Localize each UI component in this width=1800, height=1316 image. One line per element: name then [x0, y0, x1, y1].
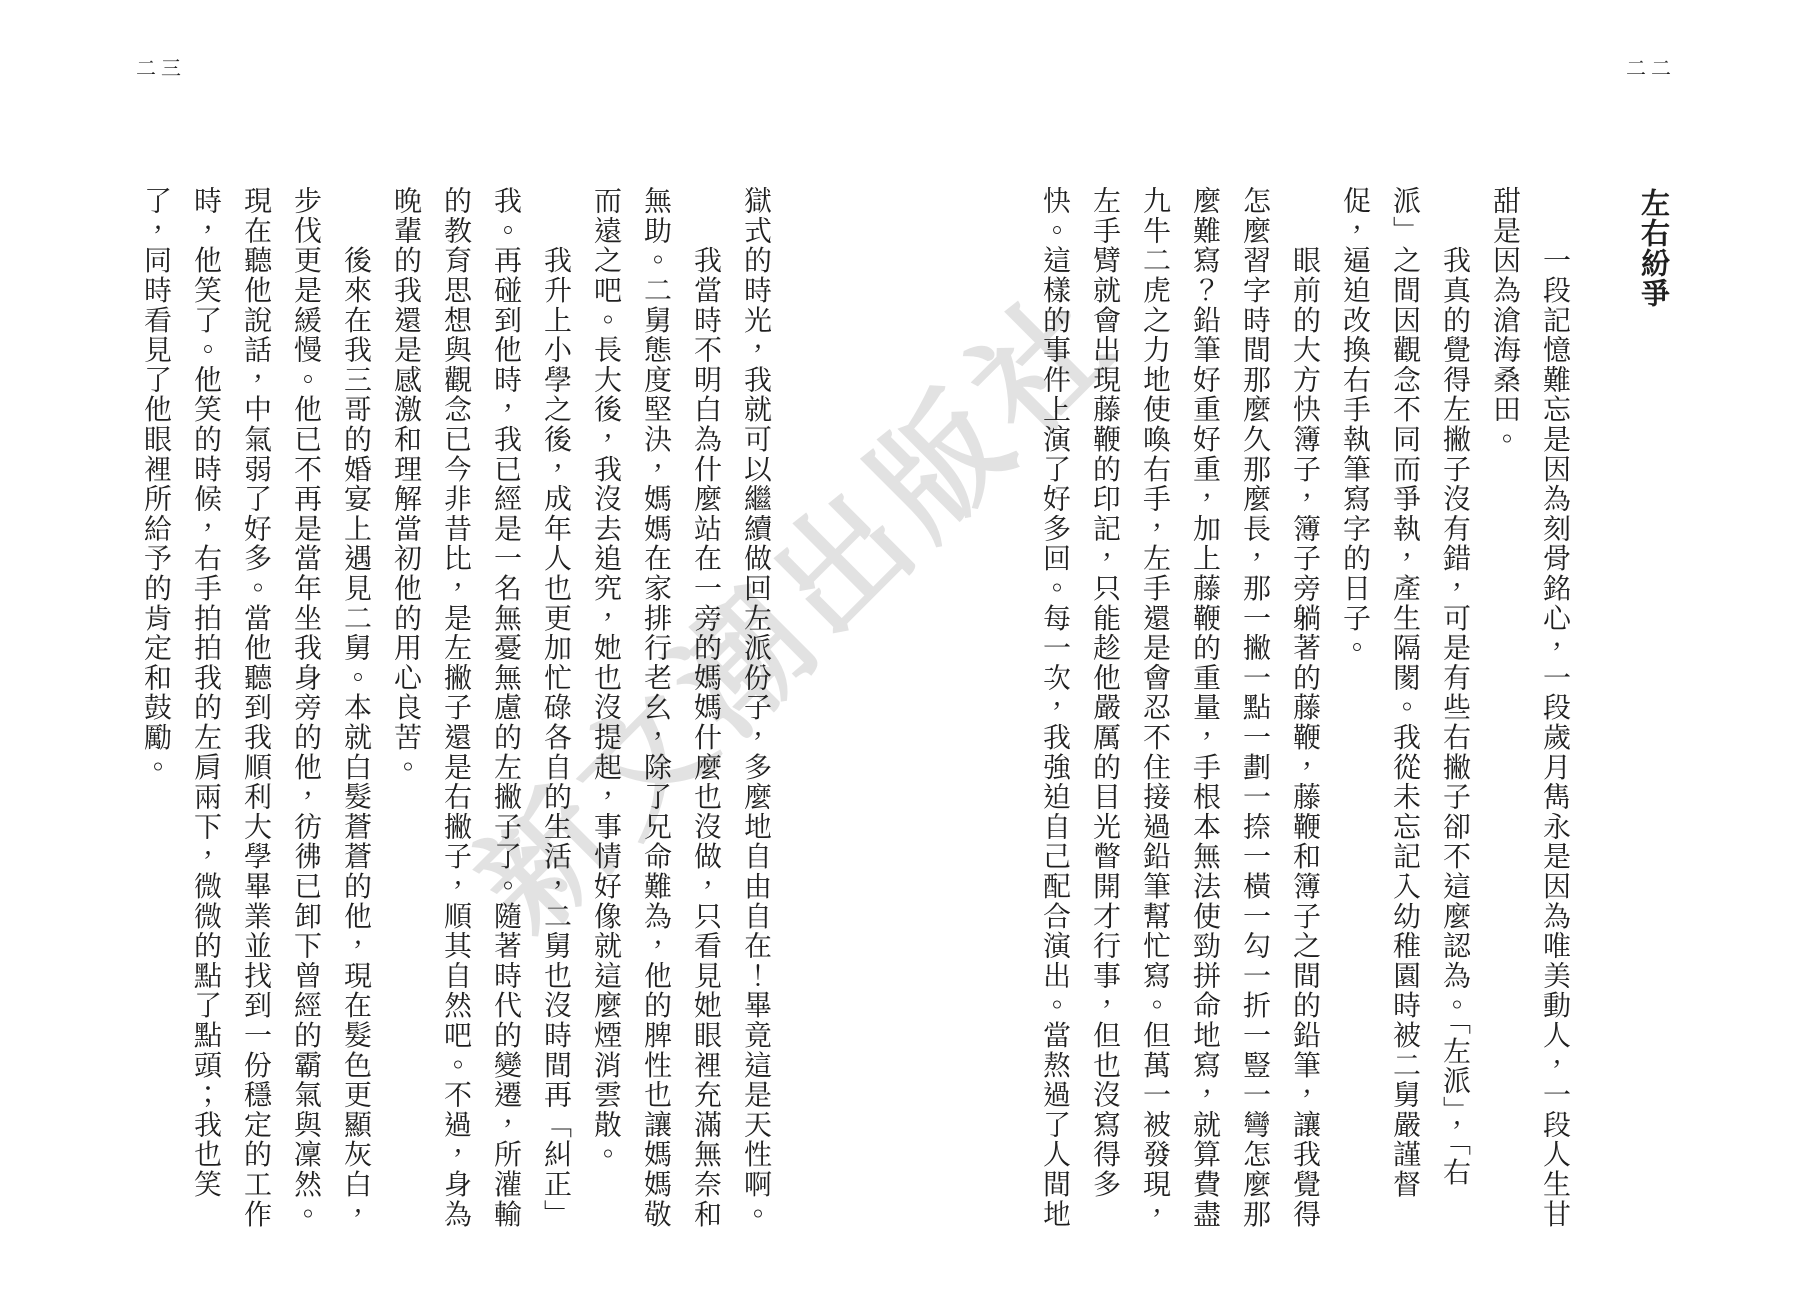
text-column: 促，逼迫改換右手執筆寫字的日子。	[1329, 186, 1379, 1236]
page-number-left: 二三	[136, 52, 186, 81]
text-column: 麼難寫？鉛筆好重好重，加上藤鞭的重量，手根本無法使勁拼命地寫，就算費盡	[1179, 186, 1229, 1236]
page-number-right: 二二	[1626, 52, 1676, 81]
text-column: 派」之間因觀念不同而爭執，產生隔閡。我從未忘記入幼稚園時被二舅嚴謹督	[1379, 186, 1429, 1236]
book-spread: { "document": { "watermark": "新文潮出版社", "…	[0, 0, 1800, 1316]
right-page-text: 一段記憶難忘是因為刻骨銘心，一段歲月雋永是因為唯美動人，一段人生甘甜是因為滄海桑…	[1029, 186, 1579, 1236]
text-column: 時，他笑了。他笑的時候，右手拍拍我的左肩兩下，微微的點了點頭；我也笑	[180, 186, 230, 1236]
left-page-text: 獄式的時光，我就可以繼續做回左派份子，多麼地自由自在！畢竟這是天性啊。 我當時不…	[130, 186, 780, 1236]
text-column: 了，同時看見了他眼裡所給予的肯定和鼓勵。	[130, 186, 180, 1236]
text-column: 我。再碰到他時，我已經是一名無憂無慮的左撇子了。隨著時代的變遷，所灌輸	[480, 186, 530, 1236]
text-column: 現在聽他說話，中氣弱了好多。當他聽到我順利大學畢業並找到一份穩定的工作	[230, 186, 280, 1236]
text-column: 一段記憶難忘是因為刻骨銘心，一段歲月雋永是因為唯美動人，一段人生甘	[1529, 186, 1579, 1236]
text-column: 我當時不明白為什麼站在一旁的媽媽什麼也沒做，只看見她眼裡充滿無奈和	[680, 186, 730, 1236]
text-column: 無助。二舅態度堅決，媽媽在家排行老幺，除了兄命難為，他的脾性也讓媽媽敬	[630, 186, 680, 1236]
text-column: 左手臂就會出現藤鞭的印記，只能趁他嚴厲的目光瞥開才行事，但也沒寫得多	[1079, 186, 1129, 1236]
text-column: 快。這樣的事件上演了好多回。每一次，我強迫自己配合演出。當熬過了人間地	[1029, 186, 1079, 1236]
text-column: 我真的覺得左撇子沒有錯，可是有些右撇子卻不這麼認為。「左派」，「右	[1429, 186, 1479, 1236]
text-column: 我升上小學之後，成年人也更加忙碌各自的生活，二舅也沒時間再「糾正」	[530, 186, 580, 1236]
text-column: 甜是因為滄海桑田。	[1479, 186, 1529, 1236]
text-column: 眼前的大方快簿子，簿子旁躺著的藤鞭，藤鞭和簿子之間的鉛筆，讓我覺得	[1279, 186, 1329, 1236]
text-column: 而遠之吧。長大後，我沒去追究，她也沒提起，事情好像就這麼煙消雲散。	[580, 186, 630, 1236]
chapter-title: 左右紛爭	[1633, 188, 1674, 308]
text-column: 晚輩的我還是感激和理解當初他的用心良苦。	[380, 186, 430, 1236]
text-column: 的教育思想與觀念已今非昔比，是左撇子還是右撇子，順其自然吧。不過，身為	[430, 186, 480, 1236]
text-column: 步伐更是緩慢。他已不再是當年坐我身旁的他，彷彿已卸下曾經的霸氣與凜然。	[280, 186, 330, 1236]
text-column: 怎麼習字時間那麼久那麼長，那一撇一點一劃一捺一橫一勾一折一豎一彎怎麼那	[1229, 186, 1279, 1236]
text-column: 獄式的時光，我就可以繼續做回左派份子，多麼地自由自在！畢竟這是天性啊。	[730, 186, 780, 1236]
text-column: 後來在我三哥的婚宴上遇見二舅。本就白髮蒼蒼的他，現在髮色更顯灰白，	[330, 186, 380, 1236]
text-column: 九牛二虎之力地使喚右手，左手還是會忍不住接過鉛筆幫忙寫。但萬一被發現，	[1129, 186, 1179, 1236]
